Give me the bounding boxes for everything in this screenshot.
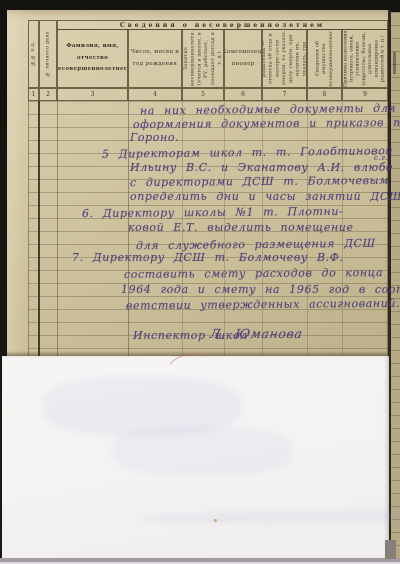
col-header-5: Занятие несовершеннолетн. (учится в школ… bbox=[182, 29, 224, 88]
col-header-7: Сведения о родителях — отметка об отце и… bbox=[262, 29, 307, 88]
handwritten-line: ветствии утвержденных ассигнований. bbox=[126, 297, 400, 312]
handwritten-line: на них необходимые документы для bbox=[140, 102, 396, 118]
table-grid-line bbox=[57, 101, 58, 356]
handwritten-line: 7.Директору ДСШ т. Болмочеву В.Ф. bbox=[72, 251, 344, 264]
col-number-5: 5 bbox=[182, 88, 224, 101]
col-header-3: Фамилия, имя, отчество несовершеннолетне… bbox=[57, 29, 128, 88]
col-header-9: Причины назначения патроната, опеки, усы… bbox=[342, 29, 388, 88]
col-number-2: 2 bbox=[39, 88, 57, 101]
handwritten-line: определить дни и часы занятий ДСШ bbox=[130, 190, 400, 203]
underlying-page-mark bbox=[393, 52, 396, 74]
handwritten-superscript: с.г. bbox=[374, 154, 388, 162]
bleed-through-smudge bbox=[112, 426, 292, 476]
handwritten-line: Ильину В.С. и Эканатову А.И. влюбе bbox=[130, 161, 393, 174]
scanned-document: Сведения о несовершеннолетнем №№ п.п. № … bbox=[0, 0, 400, 564]
col-header-2: № личного дела bbox=[39, 20, 57, 88]
handwritten-line: ковой Е.Т. выделить помещение bbox=[128, 221, 354, 234]
col-number-7: 7 bbox=[262, 88, 307, 101]
overlapping-blank-sheet bbox=[2, 356, 389, 559]
col-header-1: №№ п.п. bbox=[28, 20, 39, 88]
handwritten-line: составить смету расходов до конца bbox=[124, 266, 383, 281]
handwritten-line: оформления документов и приказов по bbox=[133, 116, 400, 131]
col-number-9: 9 bbox=[342, 88, 388, 101]
table-grid-line bbox=[28, 101, 29, 356]
col-number-3: 3 bbox=[57, 88, 128, 101]
handwritten-line: Гороно. bbox=[130, 131, 179, 144]
handwritten-line: 6.Директору школы №1 т. Плотни- bbox=[82, 205, 343, 220]
bleed-through-smudge bbox=[142, 509, 400, 525]
bottom-right-block bbox=[385, 540, 396, 559]
handwritten-line: с директорами ДСШ т. Болмочевым bbox=[130, 174, 389, 189]
col-number-4: 4 bbox=[128, 88, 182, 101]
col-header-4: Число, месяц и год рождения bbox=[128, 29, 182, 88]
ink-speck bbox=[214, 519, 217, 522]
col-number-1: 1 bbox=[28, 88, 39, 101]
table-grid-line bbox=[38, 101, 40, 356]
table-grid-line bbox=[387, 101, 388, 356]
col-number-8: 8 bbox=[307, 88, 342, 101]
handwritten-line: 1964 года и смету на 1965 год в соот- bbox=[121, 283, 400, 296]
col-header-6: Комсомолец, пионер bbox=[224, 29, 262, 88]
handwritten-line: для служебного размещения ДСШ bbox=[136, 237, 376, 253]
signature-name: Л. Юманова bbox=[209, 326, 304, 341]
table-title-text: Сведения о несовершеннолетнем bbox=[120, 22, 325, 29]
col-header-8: Сведения об имуществе несовершеннолетнег… bbox=[307, 29, 342, 88]
col-number-6: 6 bbox=[224, 88, 262, 101]
